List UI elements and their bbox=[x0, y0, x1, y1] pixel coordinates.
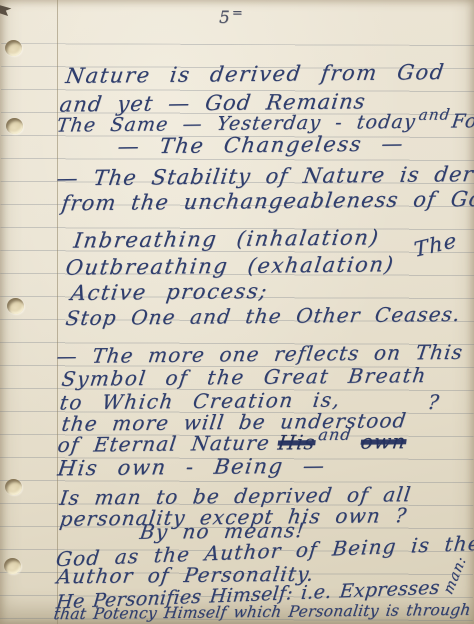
handwritten-line: that Potency Himself which Personality i… bbox=[53, 602, 472, 623]
crossed-out-word: own bbox=[359, 429, 408, 453]
handwritten-line: Stop One and the Other Ceases. bbox=[64, 304, 462, 329]
crossed-out-word: His bbox=[276, 430, 317, 454]
handwritten-line: Nature is derived from God bbox=[64, 61, 446, 87]
line-text: of Eternal Nature bbox=[56, 431, 271, 457]
handwritten-line: from the unchangeableness of God. bbox=[60, 188, 474, 215]
binder-hole bbox=[5, 479, 22, 495]
binder-hole bbox=[7, 298, 24, 314]
handwritten-line: Symbol of the Great Breath bbox=[60, 365, 428, 390]
question-mark-annotation: ? bbox=[427, 392, 441, 413]
handwritten-line: — The Changeless — bbox=[116, 133, 405, 158]
handwritten-line: Outbreathing (exhalation) bbox=[64, 253, 396, 278]
binder-hole bbox=[5, 40, 22, 56]
inserted-word: and bbox=[317, 427, 353, 444]
handwritten-line: Inbreathing (inhalation) bbox=[72, 226, 381, 251]
page-number-dash: = bbox=[232, 6, 244, 21]
paper-tear-mark bbox=[0, 4, 13, 16]
handwritten-line: His own - Being — bbox=[56, 455, 327, 480]
binder-hole bbox=[6, 118, 23, 134]
handwritten-line: of Eternal NatureHisandown bbox=[56, 431, 407, 456]
handwritten-line: Active process; bbox=[69, 280, 269, 304]
page-number-digit: 5 bbox=[219, 8, 231, 28]
handwritten-line: — The Stability of Nature is derived bbox=[55, 163, 474, 190]
inserted-word: and bbox=[418, 107, 452, 123]
notebook-page: 5= Nature is derived from God and yet — … bbox=[0, 0, 474, 624]
binder-hole bbox=[4, 558, 21, 574]
page-number: 5= bbox=[219, 8, 244, 28]
line-text: Forever . bbox=[450, 109, 474, 132]
